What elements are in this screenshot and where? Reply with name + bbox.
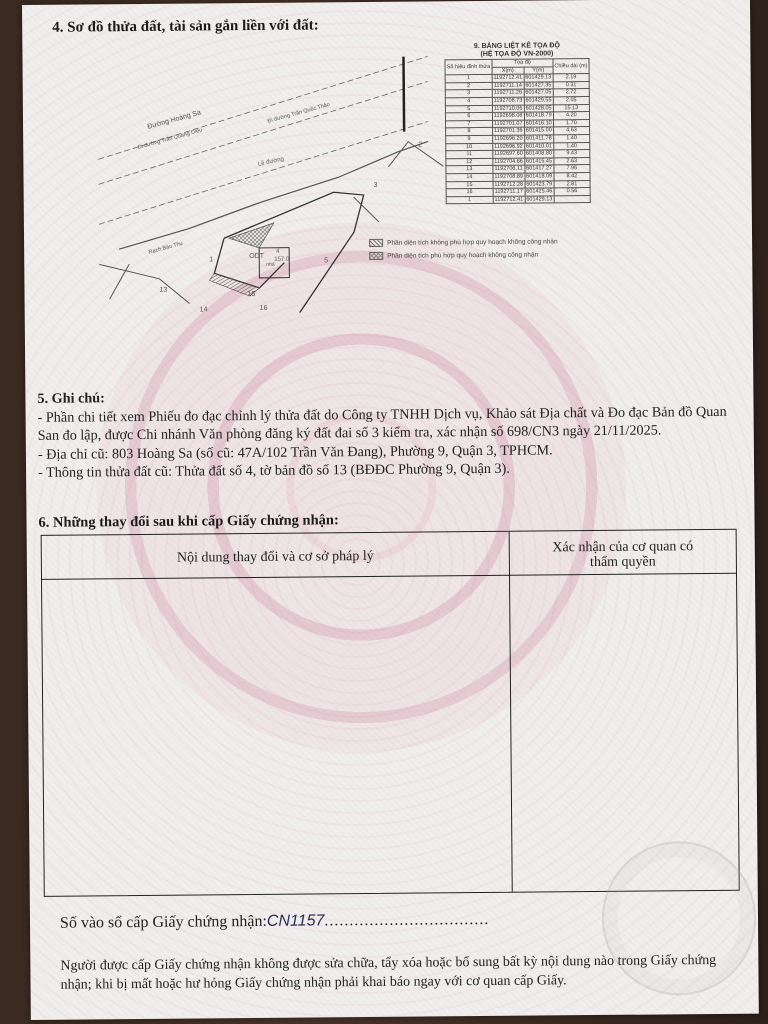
coordinate-row: 11192712.41601429.13 xyxy=(446,195,590,204)
svg-text:4: 4 xyxy=(276,249,280,255)
map-legend: Phần diện tích không phù hợp quy hoạch k… xyxy=(369,237,558,265)
svg-text:13: 13 xyxy=(159,287,167,294)
svg-text:157.0: 157.0 xyxy=(274,257,290,263)
svg-text:ODT: ODT xyxy=(249,253,265,260)
svg-text:3: 3 xyxy=(374,182,378,189)
column-header-authority: Xác nhận của cơ quan có thẩm quyền xyxy=(510,530,736,576)
svg-text:nhà: nhà xyxy=(266,262,275,268)
svg-text:5: 5 xyxy=(324,257,328,264)
legend-item: Phần diện tích không phù hợp quy hoạch k… xyxy=(369,237,558,247)
north-arrow-icon xyxy=(403,57,404,132)
hatch-pattern-icon xyxy=(369,239,383,247)
changes-authority-cell xyxy=(510,574,739,892)
certificate-page: 4. Sơ đồ thửa đất, tài sản gắn liền với … xyxy=(22,0,759,1020)
crosshatch-pattern-icon xyxy=(369,252,383,260)
svg-text:Đường Hoàng Sa: Đường Hoàng Sa xyxy=(147,109,202,131)
section-5-notes: 5. Ghi chú: - Phần chi tiết xem Phiếu đo… xyxy=(37,384,728,483)
svg-text:15: 15 xyxy=(248,291,256,298)
warning-text: Người được cấp Giấy chứng nhận không đượ… xyxy=(60,951,740,995)
note-line: - Phần chi tiết xem Phiếu đo đạc chỉnh l… xyxy=(38,402,728,445)
svg-text:14: 14 xyxy=(200,306,208,313)
section-4-title: 4. Sơ đồ thửa đất, tài sản gắn liền với … xyxy=(52,17,319,36)
svg-text:Rạch Bảo Thụ: Rạch Bảo Thụ xyxy=(148,241,183,256)
coordinate-table: Số hiệu đỉnh thửa Tọa độ Chiều dài (m) X… xyxy=(444,58,590,205)
changes-content-cell xyxy=(42,576,513,896)
registration-number: Số vào sổ cấp Giấy chứng nhận:CN1157....… xyxy=(60,911,490,933)
svg-text:2: 2 xyxy=(418,142,422,149)
svg-text:Lề đường: Lề đường xyxy=(258,156,285,168)
svg-text:1: 1 xyxy=(209,256,213,263)
section-6-title: 6. Những thay đổi sau khi cấp Giấy chứng… xyxy=(38,512,338,532)
svg-text:16: 16 xyxy=(260,305,268,312)
registration-value: CN1157 xyxy=(267,912,325,930)
column-header-content: Nội dung thay đổi và cơ sở pháp lý xyxy=(42,532,510,580)
legend-item: Phần diện tích phù hợp quy hoạch không c… xyxy=(369,250,558,260)
changes-table: Nội dung thay đổi và cơ sở pháp lý Xác n… xyxy=(41,529,740,897)
parcel-map: Đường Hoàng Sa Đi đường Trần Quang Diệu … xyxy=(97,46,459,319)
coordinate-table-block: 9. BẢNG LIỆT KÊ TỌA ĐỘ (HỆ TỌA ĐỘ VN-200… xyxy=(444,42,590,205)
svg-text:Đi đường Trần Quang Diệu: Đi đường Trần Quang Diệu xyxy=(137,127,203,151)
